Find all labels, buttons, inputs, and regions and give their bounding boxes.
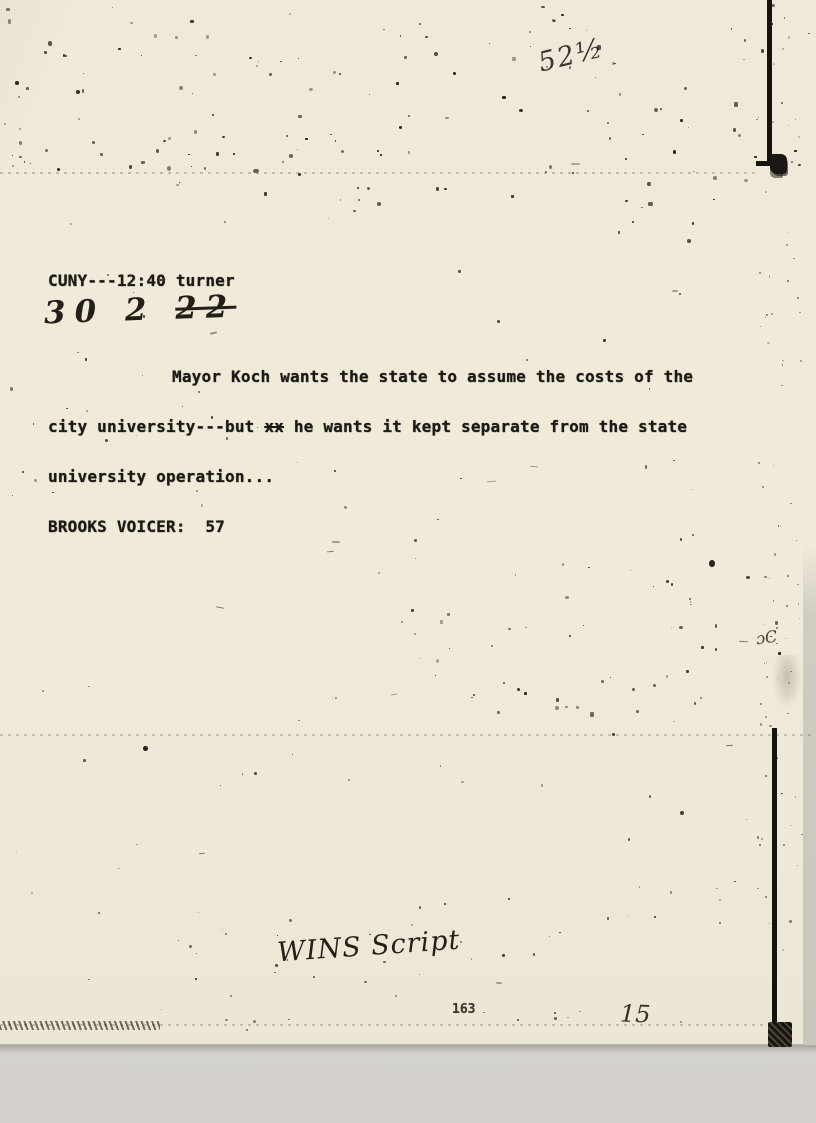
handwritten-edge-mark: ɔC [755,627,779,649]
speck [561,14,563,16]
speck [508,898,510,900]
speck [289,919,292,922]
speck [182,406,183,408]
speck [610,677,611,679]
ink-blob-top-right [770,154,787,174]
speck [201,504,203,507]
speck [798,136,800,138]
speck [529,31,531,33]
speck [19,141,22,145]
speck [142,375,143,376]
speck [18,96,20,99]
speck [216,152,219,156]
speck [230,995,232,997]
speck [77,352,78,353]
speck [396,82,399,85]
speck [143,746,147,751]
page-number-typed: 163 [452,1002,475,1018]
speck [86,410,89,412]
speck [653,684,656,687]
overstruck-chars: xx [264,417,284,436]
speck [282,161,284,163]
speck [772,121,774,123]
speck [541,784,543,787]
speck [524,692,527,695]
speck [341,150,344,153]
speck [632,688,635,691]
speck [288,1019,289,1020]
speck [670,891,672,894]
speck [195,978,197,980]
handwritten-count-main: 30 2 [43,291,175,332]
speck [654,916,656,918]
speck [198,391,200,393]
speck [713,176,717,180]
speck [715,624,718,627]
speck [309,88,313,91]
speck [82,89,85,93]
speck [701,646,704,649]
paper-edge-shadow [0,1045,816,1054]
speck [765,191,767,193]
body-line-3: university operation... [48,466,274,488]
speck [746,819,747,820]
speck [601,680,604,682]
speck [44,51,47,53]
speck [787,713,789,714]
speck [224,221,226,224]
speck [588,567,589,568]
speck [411,609,413,612]
speck [45,149,48,153]
speck [782,48,784,50]
speck [765,896,767,898]
speck [440,765,442,766]
speck [559,932,560,933]
speck [190,20,194,23]
speck [680,119,683,122]
speck [332,698,333,699]
speck [326,550,333,552]
speck [195,55,196,57]
speck [92,141,95,144]
speck [141,55,142,56]
speck [769,578,771,579]
speck [88,686,90,687]
speck [694,702,696,704]
speck [339,73,341,75]
speck [70,223,72,226]
speck [647,182,651,186]
speck [425,36,428,38]
speck [556,698,559,701]
speck [471,958,472,959]
speck [519,109,523,112]
speck [305,138,308,140]
speck [24,161,25,163]
ink-blob-bottom-right [768,1022,792,1047]
speck [526,359,528,361]
speck [687,239,691,243]
speck [790,825,792,826]
faint-rule-top [0,172,757,174]
speck [731,28,732,30]
speck [408,151,410,154]
speck [511,195,514,198]
speck [553,20,556,23]
speck [508,628,511,631]
speck [715,648,717,651]
speck [781,102,782,103]
speck [334,470,336,472]
speck [764,576,767,579]
speck [607,917,609,920]
speck [42,690,44,692]
speck [590,712,594,717]
speck [298,115,301,118]
speck [63,54,66,57]
speck [713,199,714,200]
speck [734,102,738,107]
speck [783,844,785,846]
speck [404,56,406,58]
speck [787,280,789,281]
speck [744,179,747,183]
speck [254,772,257,775]
body-line-1: Mayor Koch wants the state to assume the… [172,366,693,388]
speck [395,995,397,997]
speck [100,153,103,156]
speck [436,659,439,663]
speck [399,126,402,129]
binding-bar-top-foot [756,161,770,166]
speck [434,52,438,56]
speck [641,207,642,208]
speck [52,492,53,494]
speck [497,320,500,323]
speck [774,553,776,555]
speck [76,90,80,94]
speck [105,439,108,442]
speck [555,706,559,710]
speck [684,87,687,90]
speck [625,200,628,203]
speck [242,773,243,775]
speck [562,563,564,565]
speck [766,662,767,663]
speck [525,627,527,629]
speck [769,725,771,727]
speck [378,572,380,574]
faint-rule-middle [0,734,816,736]
speck [789,920,792,922]
hatch-mark-bottom-left [0,1021,160,1030]
body-line-2: city university---but xx he wants it kep… [48,416,687,438]
speck [649,388,650,390]
scanned-script-page: CUNY---12:40 turner Mayor Koch wants the… [0,0,816,1123]
speck [419,23,421,25]
speck [587,110,589,113]
speck [253,1020,256,1023]
speck [786,605,788,607]
speck [719,899,721,902]
speck [761,49,764,53]
speck [19,128,21,130]
speck [444,903,446,905]
speck [791,161,793,163]
speck [680,1021,682,1023]
speck [800,360,802,362]
speck [289,13,291,15]
speck [198,912,199,913]
binding-bar-bottom [772,728,777,1024]
speck [628,838,631,841]
speck [440,620,443,624]
speck [671,628,672,629]
right-page-edge [803,545,816,1045]
speck [762,486,764,488]
speck [204,167,206,169]
speck [757,836,759,838]
speck [473,694,475,696]
smudge-right-edge [772,655,802,710]
speck [10,387,13,391]
speck [78,118,80,120]
speck [353,210,356,213]
speck [739,641,748,642]
speck [614,63,615,64]
speck [447,613,450,615]
speck [734,881,735,882]
speck [419,658,420,659]
speck [673,150,676,153]
speck [786,244,788,246]
speck [225,933,227,935]
speck [565,706,568,708]
speck [6,8,10,11]
speck [517,1019,519,1021]
speck [264,192,267,196]
speck [161,1009,162,1011]
speck [313,976,314,978]
speck [782,360,784,361]
speck [85,358,87,361]
speck [788,36,790,39]
speck [502,954,505,957]
speck [679,293,681,296]
speck [619,93,621,95]
speck [401,621,403,623]
speck [571,163,580,165]
speck [471,697,472,698]
speck [280,61,281,62]
speck [154,34,157,38]
speck [83,759,85,762]
speck [797,297,799,299]
speck [298,58,299,59]
speck [129,165,132,168]
speck [533,953,535,956]
speck [512,57,515,61]
speck [130,22,133,25]
speck [517,688,520,691]
speck [648,202,654,206]
speck [502,96,506,99]
speck [411,924,413,925]
speck [377,150,379,152]
speck [554,1017,557,1020]
body-line-2-pre: city university---but [48,417,264,436]
speck [298,720,299,722]
binding-bar-top [767,0,772,165]
speck [773,63,775,65]
speck [31,892,33,894]
speck [274,972,276,973]
handwritten-count: 30 2 22 [43,289,237,332]
speck [26,87,29,90]
speck [15,81,19,85]
body-line-2-post: he wants it kept separate from the state [284,417,687,436]
speck [196,953,197,954]
speck [269,73,272,77]
speck [787,575,789,578]
speck [340,199,341,200]
speck [503,682,504,684]
speck [673,721,675,723]
speck [189,945,192,948]
speck [8,19,12,24]
speck [168,137,171,140]
speck [760,723,762,725]
speck [781,385,782,386]
speck [692,534,694,536]
speck [765,775,767,777]
voicer-line: BROOKS VOICER: 57 [48,516,225,538]
speck [461,781,464,783]
speck [743,59,744,60]
speck [33,423,34,425]
speck [48,41,52,46]
speck [233,153,235,155]
speck [618,231,620,233]
speck [769,923,770,924]
speck [672,290,678,292]
speck [491,645,493,647]
handwritten-page-number: 15 [620,999,652,1028]
handwritten-count-struck: 22 [175,289,237,327]
speck [569,28,570,29]
speck [377,202,381,206]
speck [65,55,67,57]
speck [98,912,100,914]
